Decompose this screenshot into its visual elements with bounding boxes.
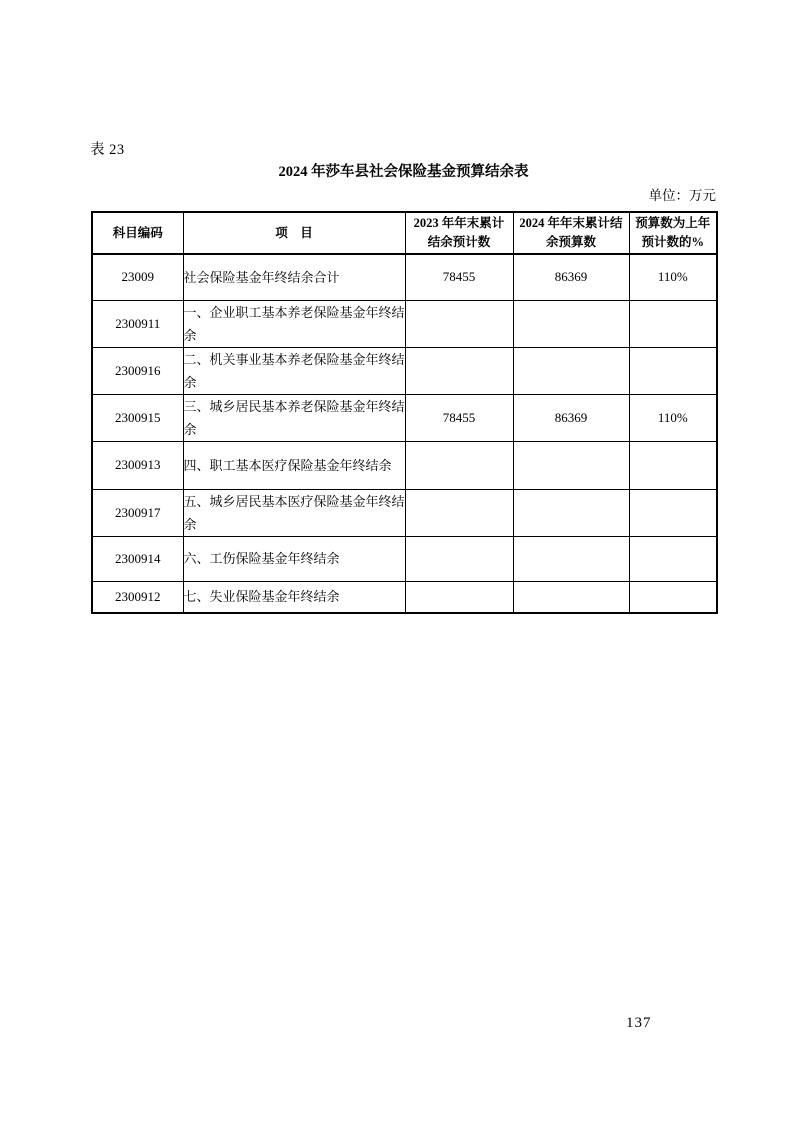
table-row: 2300915 三、城乡居民基本养老保险基金年终结余 78455 86369 1… — [92, 394, 717, 441]
table-row: 2300916 二、机关事业基本养老保险基金年终结余 — [92, 347, 717, 394]
item-cell: 七、失业保险基金年终结余 — [183, 581, 405, 613]
percent-cell — [629, 581, 717, 613]
percent-cell — [629, 536, 717, 581]
header-cell-2024: 2024 年年末累计结余预算数 — [513, 212, 629, 254]
percent-cell — [629, 300, 717, 347]
budget-balance-table: 科目编码 项 目 2023 年年末累计结余预计数 2024 年年末累计结余预算数… — [91, 211, 718, 614]
table-row: 2300913 四、职工基本医疗保险基金年终结余 — [92, 441, 717, 489]
code-cell: 23009 — [92, 254, 183, 300]
percent-cell — [629, 347, 717, 394]
item-cell: 二、机关事业基本养老保险基金年终结余 — [183, 347, 405, 394]
table-body: 23009 社会保险基金年终结余合计 78455 86369 110% 2300… — [92, 254, 717, 613]
table-row: 2300912 七、失业保险基金年终结余 — [92, 581, 717, 613]
code-cell: 2300915 — [92, 394, 183, 441]
page-number: 137 — [626, 1015, 652, 1032]
code-cell: 2300911 — [92, 300, 183, 347]
value-2024-cell — [513, 489, 629, 536]
item-cell: 四、职工基本医疗保险基金年终结余 — [183, 441, 405, 489]
table-header-row: 科目编码 项 目 2023 年年末累计结余预计数 2024 年年末累计结余预算数… — [92, 212, 717, 254]
item-cell: 一、企业职工基本养老保险基金年终结余 — [183, 300, 405, 347]
value-2023-cell: 78455 — [405, 254, 513, 300]
item-cell: 三、城乡居民基本养老保险基金年终结余 — [183, 394, 405, 441]
value-2024-cell — [513, 347, 629, 394]
value-2023-cell — [405, 536, 513, 581]
value-2023-cell — [405, 347, 513, 394]
code-cell: 2300912 — [92, 581, 183, 613]
header-cell-percent: 预算数为上年预计数的% — [629, 212, 717, 254]
table-row: 23009 社会保险基金年终结余合计 78455 86369 110% — [92, 254, 717, 300]
value-2023-cell — [405, 300, 513, 347]
value-2024-cell — [513, 441, 629, 489]
code-cell: 2300914 — [92, 536, 183, 581]
percent-cell: 110% — [629, 394, 717, 441]
value-2024-cell — [513, 536, 629, 581]
header-cell-item: 项 目 — [183, 212, 405, 254]
code-cell: 2300917 — [92, 489, 183, 536]
value-2023-cell — [405, 489, 513, 536]
page-title: 2024 年莎车县社会保险基金预算结余表 — [91, 160, 716, 181]
document-page: 表 23 2024 年莎车县社会保险基金预算结余表 单位：万元 科目编码 项 目… — [0, 0, 793, 1122]
value-2023-cell: 78455 — [405, 394, 513, 441]
table-row: 2300911 一、企业职工基本养老保险基金年终结余 — [92, 300, 717, 347]
table-row: 2300917 五、城乡居民基本医疗保险基金年终结余 — [92, 489, 717, 536]
value-2023-cell — [405, 441, 513, 489]
item-cell: 五、城乡居民基本医疗保险基金年终结余 — [183, 489, 405, 536]
code-cell: 2300913 — [92, 441, 183, 489]
header-cell-code: 科目编码 — [92, 212, 183, 254]
value-2024-cell — [513, 581, 629, 613]
header-cell-2023: 2023 年年末累计结余预计数 — [405, 212, 513, 254]
percent-cell — [629, 441, 717, 489]
percent-cell: 110% — [629, 254, 717, 300]
value-2024-cell: 86369 — [513, 394, 629, 441]
table-row: 2300914 六、工伤保险基金年终结余 — [92, 536, 717, 581]
value-2023-cell — [405, 581, 513, 613]
code-cell: 2300916 — [92, 347, 183, 394]
percent-cell — [629, 489, 717, 536]
value-2024-cell: 86369 — [513, 254, 629, 300]
item-cell: 社会保险基金年终结余合计 — [183, 254, 405, 300]
unit-label: 单位：万元 — [91, 184, 716, 204]
table-number-label: 表 23 — [90, 138, 125, 159]
value-2024-cell — [513, 300, 629, 347]
item-cell: 六、工伤保险基金年终结余 — [183, 536, 405, 581]
